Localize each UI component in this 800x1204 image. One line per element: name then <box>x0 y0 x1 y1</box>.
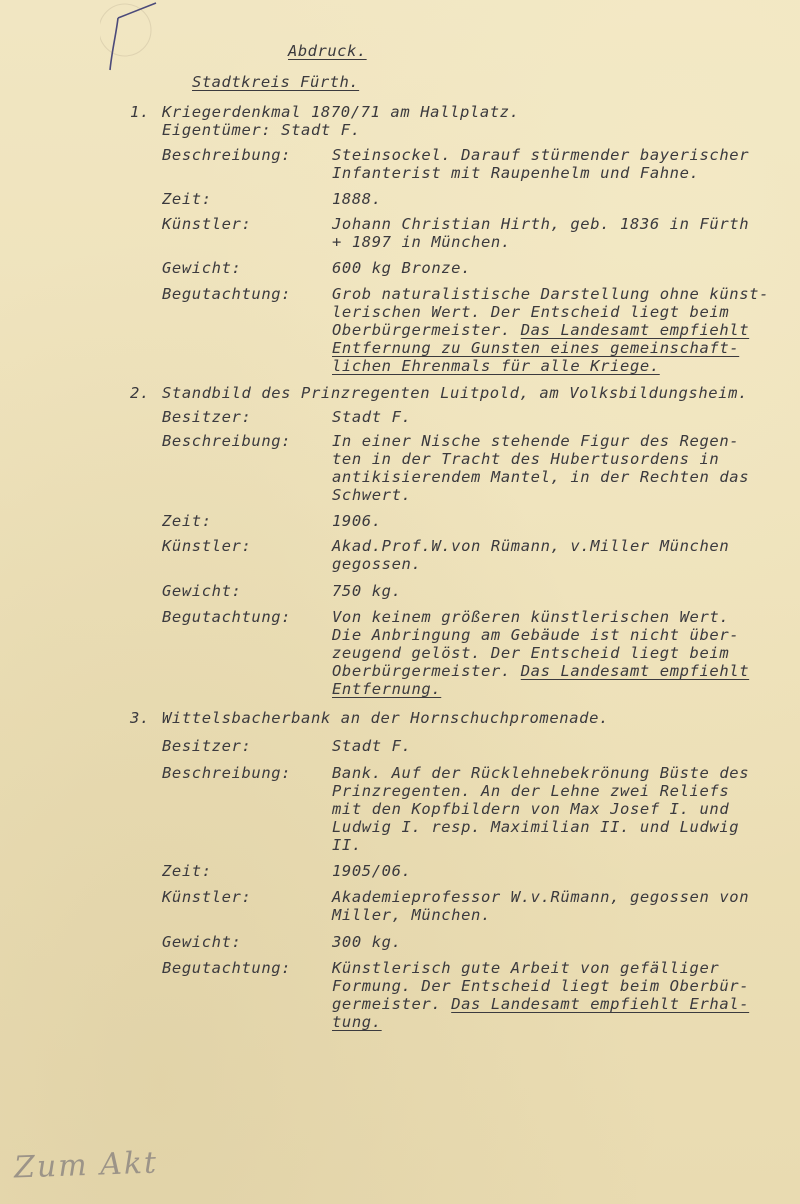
recommendation-underlined: Das Landesamt empfiehlt <box>521 662 749 680</box>
value-beschreibung: Infanterist mit Raupenhelm und Fahne. <box>332 164 699 182</box>
pencil-annotation: Zum Akt <box>13 1145 158 1185</box>
value-begutachtung: lerischen Wert. Der Entscheid liegt beim <box>332 303 729 321</box>
label-zeit: Zeit: <box>162 190 212 208</box>
value-beschreibung: mit den Kopfbildern von Max Josef I. und <box>332 800 729 818</box>
value-beschreibung: II. <box>332 836 362 854</box>
value-besitzer: Stadt F. <box>332 408 411 426</box>
entry-heading: Wittelsbacherbank an der Hornschuchprome… <box>162 709 609 727</box>
document-title: Abdruck. <box>288 42 367 60</box>
value-gewicht: 750 kg. <box>332 582 402 600</box>
value-begutachtung: Grob naturalistische Darstellung ohne kü… <box>332 285 769 303</box>
recommendation-underlined: Das Landesamt empfiehlt Erhal- <box>451 995 749 1013</box>
value-begutachtung: Oberbürgermeister. Das Landesamt empfieh… <box>332 321 749 339</box>
label-besitzer: Besitzer: <box>162 408 251 426</box>
label-besitzer: Besitzer: <box>162 737 251 755</box>
recommendation-underlined: tung. <box>332 1013 382 1031</box>
value-beschreibung: Prinzregenten. An der Lehne zwei Reliefs <box>332 782 729 800</box>
value-begutachtung: Oberbürgermeister. Das Landesamt empfieh… <box>332 662 749 680</box>
label-beschreibung: Beschreibung: <box>162 764 291 782</box>
value-gewicht: 600 kg Bronze. <box>332 259 471 277</box>
recommendation-underlined: Das Landesamt empfiehlt <box>521 321 749 339</box>
value-gewicht: 300 kg. <box>332 933 402 951</box>
label-begutachtung: Begutachtung: <box>162 285 291 303</box>
label-kuenstler: Künstler: <box>162 215 251 233</box>
entry-number: 3. <box>130 709 150 727</box>
section-heading: Stadtkreis Fürth. <box>192 73 359 91</box>
value-beschreibung: In einer Nische stehende Figur des Regen… <box>332 432 739 450</box>
begutachtung-text: Oberbürgermeister. <box>332 662 521 680</box>
begutachtung-text: Oberbürgermeister. <box>332 321 521 339</box>
recommendation-underlined: Entfernung. <box>332 680 441 698</box>
value-kuenstler: + 1897 in München. <box>332 233 511 251</box>
owner-line: Eigentümer: Stadt F. <box>162 121 361 139</box>
value-beschreibung: Ludwig I. resp. Maximilian II. und Ludwi… <box>332 818 739 836</box>
value-zeit: 1905/06. <box>332 862 411 880</box>
entry-heading: Standbild des Prinzregenten Luitpold, am… <box>162 384 748 402</box>
value-beschreibung: antikisierendem Mantel, in der Rechten d… <box>332 468 749 486</box>
label-gewicht: Gewicht: <box>162 582 241 600</box>
value-zeit: 1906. <box>332 512 382 530</box>
label-gewicht: Gewicht: <box>162 259 241 277</box>
label-begutachtung: Begutachtung: <box>162 959 291 977</box>
value-begutachtung: Formung. Der Entscheid liegt beim Oberbü… <box>332 977 749 995</box>
entry-heading: Kriegerdenkmal 1870/71 am Hallplatz. <box>162 103 520 121</box>
label-beschreibung: Beschreibung: <box>162 146 291 164</box>
value-begutachtung: Die Anbringung am Gebäude ist nicht über… <box>332 626 739 644</box>
value-kuenstler: Akademieprofessor W.v.Rümann, gegossen v… <box>332 888 749 906</box>
value-zeit: 1888. <box>332 190 382 208</box>
value-begutachtung: Künstlerisch gute Arbeit von gefälliger <box>332 959 719 977</box>
document-page: Abdruck. Stadtkreis Fürth. 1. Kriegerden… <box>0 0 800 1204</box>
label-begutachtung: Begutachtung: <box>162 608 291 626</box>
label-kuenstler: Künstler: <box>162 537 251 555</box>
value-beschreibung: ten in der Tracht des Hubertusordens in <box>332 450 719 468</box>
recommendation-underlined: Entfernung zu Gunsten eines gemeinschaft… <box>332 339 739 357</box>
label-zeit: Zeit: <box>162 512 212 530</box>
value-begutachtung: zeugend gelöst. Der Entscheid liegt beim <box>332 644 729 662</box>
value-kuenstler: gegossen. <box>332 555 421 573</box>
label-beschreibung: Beschreibung: <box>162 432 291 450</box>
recommendation-underlined: lichen Ehrenmals für alle Kriege. <box>332 357 660 375</box>
value-beschreibung: Bank. Auf der Rücklehnebekrönung Büste d… <box>332 764 749 782</box>
entry-number: 1. <box>130 103 150 121</box>
value-besitzer: Stadt F. <box>332 737 411 755</box>
value-begutachtung: germeister. Das Landesamt empfiehlt Erha… <box>332 995 749 1013</box>
entry-number: 2. <box>130 384 150 402</box>
label-zeit: Zeit: <box>162 862 212 880</box>
value-kuenstler: Johann Christian Hirth, geb. 1836 in Für… <box>332 215 749 233</box>
value-kuenstler: Miller, München. <box>332 906 491 924</box>
value-beschreibung: Schwert. <box>332 486 411 504</box>
begutachtung-text: germeister. <box>332 995 451 1013</box>
value-begutachtung: Von keinem größeren künstlerischen Wert. <box>332 608 729 626</box>
handwritten-bracket-mark <box>100 0 170 75</box>
label-gewicht: Gewicht: <box>162 933 241 951</box>
label-kuenstler: Künstler: <box>162 888 251 906</box>
value-beschreibung: Steinsockel. Darauf stürmender bayerisch… <box>332 146 749 164</box>
value-kuenstler: Akad.Prof.W.von Rümann, v.Miller München <box>332 537 729 555</box>
